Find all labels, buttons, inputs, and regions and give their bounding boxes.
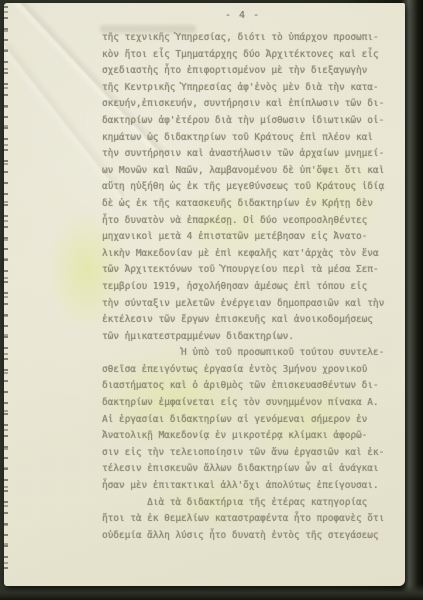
document-page: - 4 - τῆς τεχνικῆς Ὑπηρεσίας, διότι τὸ ὑ… (4, 3, 405, 586)
page-number: - 4 - (225, 10, 260, 21)
typewritten-text: τῆς τεχνικῆς Ὑπηρεσίας, διότι τὸ ὑπάρχον… (102, 30, 384, 544)
scanner-background-bottom (0, 584, 423, 600)
torn-paper-edge (3, 6, 8, 576)
